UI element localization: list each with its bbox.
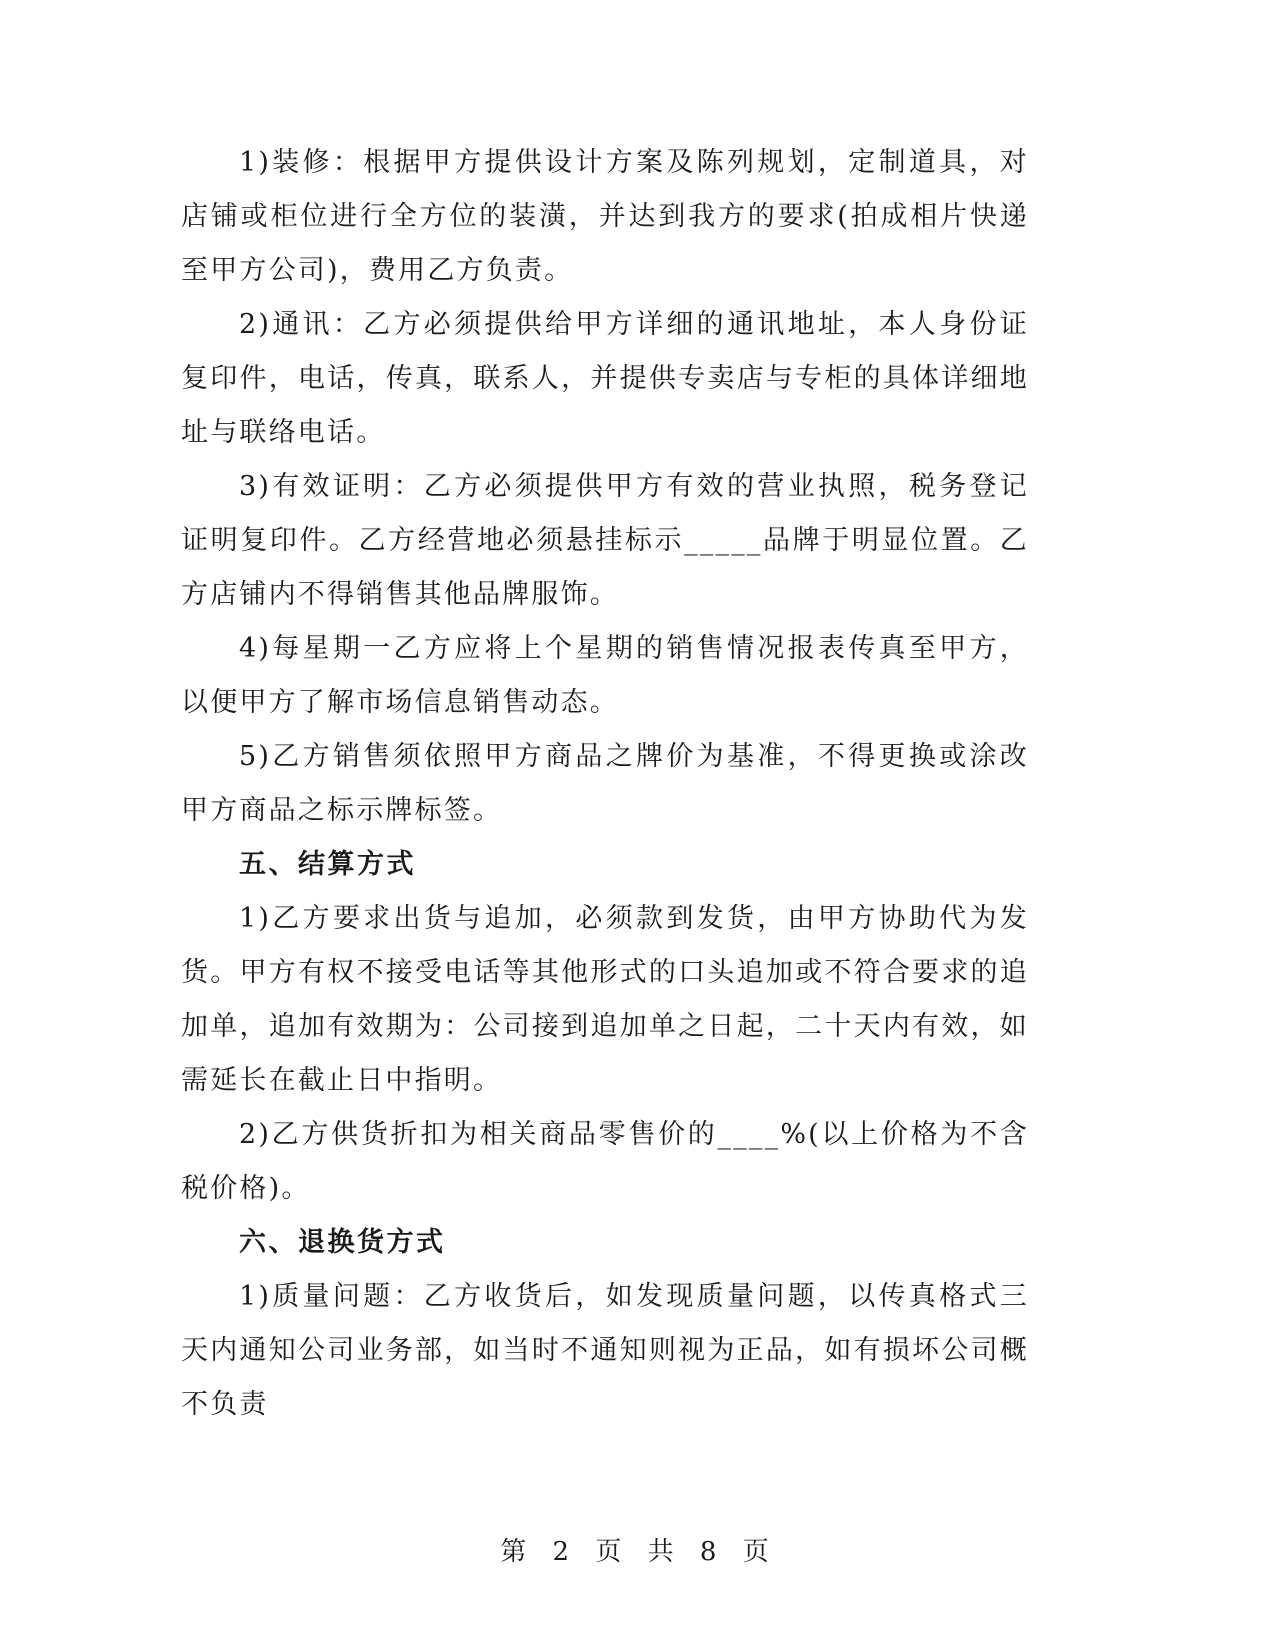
clause-shipping-and-orders: 1)乙方要求出货与追加，必须款到发货，由甲方协助代为发货。甲方有权不接受电话等其…: [181, 892, 1029, 1108]
document-page: 1)装修：根据甲方提供设计方案及陈列规划，定制道具，对店铺或柜位进行全方位的装潢…: [181, 136, 1029, 1432]
section-heading-returns: 六、退换货方式: [181, 1216, 1029, 1270]
clause-weekly-sales-report: 4)每星期一乙方应将上个星期的销售情况报表传真至甲方，以便甲方了解市场信息销售动…: [181, 622, 1029, 730]
clause-pricing-standard: 5)乙方销售须依照甲方商品之牌价为基准，不得更换或涂改甲方商品之标示牌标签。: [181, 730, 1029, 838]
clause-decoration: 1)装修：根据甲方提供设计方案及陈列规划，定制道具，对店铺或柜位进行全方位的装潢…: [181, 136, 1029, 298]
page-number-footer: 第 2 页 共 8 页: [0, 1531, 1275, 1568]
clause-quality-issues: 1)质量问题：乙方收货后，如发现质量问题，以传真格式三天内通知公司业务部，如当时…: [181, 1270, 1029, 1432]
clause-valid-certificates: 3)有效证明：乙方必须提供甲方有效的营业执照，税务登记证明复印件。乙方经营地必须…: [181, 460, 1029, 622]
clause-supply-discount: 2)乙方供货折扣为相关商品零售价的____%(以上价格为不含税价格)。: [181, 1108, 1029, 1216]
section-heading-settlement: 五、结算方式: [181, 838, 1029, 892]
clause-communication: 2)通讯：乙方必须提供给甲方详细的通讯地址，本人身份证复印件，电话，传真，联系人…: [181, 298, 1029, 460]
